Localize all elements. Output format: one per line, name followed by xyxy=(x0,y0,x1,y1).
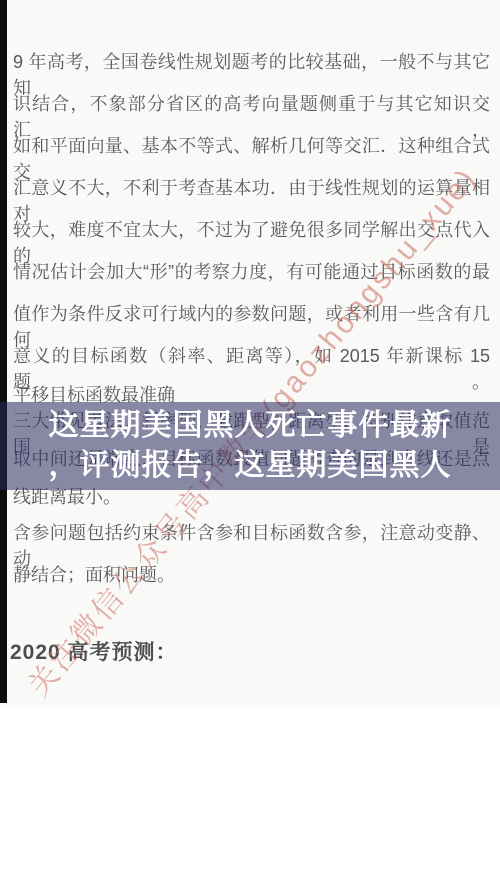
text-line: 9 年高考，全国卷线性规划题考的比较基础，一般不与其它知 xyxy=(13,49,490,75)
text-line: 识结合，不象部分省区的高考向量题侧重于与其它知识交汇， xyxy=(13,91,490,117)
text-line: 静结合；面积问题。 xyxy=(13,562,490,588)
document-content: 9 年高考，全国卷线性规划题考的比较基础，一般不与其它知识结合，不象部分省区的高… xyxy=(0,0,500,705)
headline-line-1: 这星期美国黑人死亡事件最新 xyxy=(49,406,452,446)
headline-banner: 这星期美国黑人死亡事件最新 ，评测报告，这星期美国黑人 xyxy=(0,402,500,490)
left-edge-bar xyxy=(0,0,7,703)
text-line: 值作为条件反求可行域内的参数问题，或者利用一些含有几何 xyxy=(13,301,490,327)
text-line: 含参问题包括约束条件含参和目标函数含参，注意动变静、动 xyxy=(13,520,490,546)
article-page: 9 年高考，全国卷线性规划题考的比较基础，一般不与其它知识结合，不象部分省区的高… xyxy=(0,0,500,892)
headline-line-2: ，评测报告，这星期美国黑人 xyxy=(49,446,452,486)
text-line: 如和平面向量、基本不等式、解析几何等交汇．这种组合式交 xyxy=(13,133,490,159)
text-line: 意义的目标函数（斜率、距离等），如 2015 年新课标 15 题。 xyxy=(13,343,490,369)
